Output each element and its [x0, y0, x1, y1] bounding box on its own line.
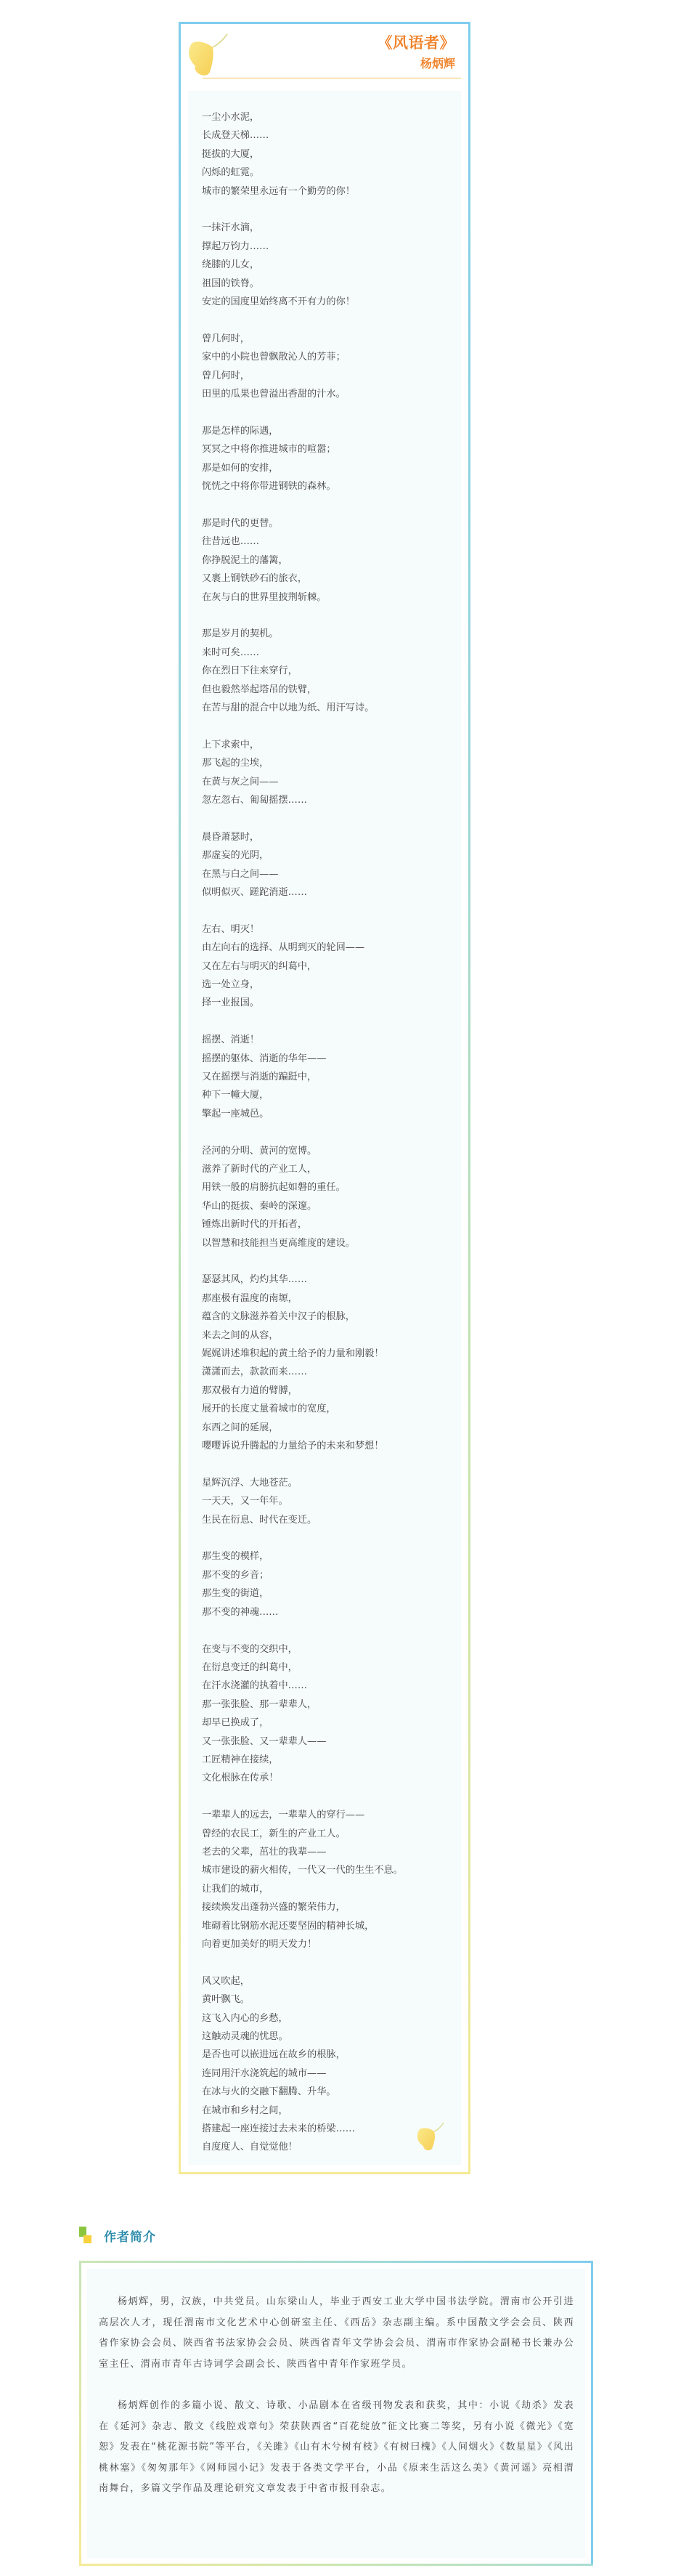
poem-line: 晨昏萧瑟时， — [202, 828, 448, 846]
poem-line: 星辉沉浮、大地苍茫。 — [202, 1474, 448, 1492]
poem-line: 左右、明灭！ — [202, 920, 448, 939]
poem-line: 恍恍之中将你带进钢铁的森林。 — [202, 477, 448, 495]
poem-line: 在黑与白之间—— — [202, 865, 448, 883]
poem-line: 在苦与甜的混合中以地为纸、用汗写诗。 — [202, 699, 448, 717]
poem-stanza: 上下求索中，那飞起的尘埃，在黄与灰之间——忽左忽右、匍匐摇摆…… — [202, 736, 448, 810]
poem-line: 来时可矣…… — [202, 644, 448, 662]
poem-line: 文化根脉在传承！ — [202, 1769, 448, 1787]
poem-line: 你挣脱泥土的藩篱， — [202, 551, 448, 570]
poem-line: 向着更加美好的明天发力！ — [202, 1935, 448, 1953]
poem-line: 你在烈日下往来穿行， — [202, 662, 448, 680]
poem-line: 忽左忽右、匍匐摇摆…… — [202, 791, 448, 809]
poem-line: 那生变的模样， — [202, 1547, 448, 1566]
poem-header: 《风语者》 杨炳辉 — [181, 24, 468, 91]
bio-body: 杨炳辉，男，汉族，中共党员。山东梁山人，毕业于西安工业大学中国书法学院。渭南市公… — [87, 2269, 585, 2558]
poem-line: 嘤嘤诉说升腾起的力量给予的未来和梦想！ — [202, 1437, 448, 1455]
poem-stanza: 风又吹起，黄叶飘飞。这飞入内心的乡愁，这触动灵魂的忧思。是否也可以嵌进远在故乡的… — [202, 1972, 448, 2157]
poem-line: 来去之间的从容， — [202, 1327, 448, 1345]
poem-line: 一抹汗水滴， — [202, 219, 448, 237]
poem-line: 却早已换成了， — [202, 1714, 448, 1732]
poem-line: 曾经的农民工，新生的产业工人。 — [202, 1825, 448, 1843]
poem-line: 滋养了新时代的产业工人， — [202, 1160, 448, 1178]
poem-line: 娓娓讲述堆积起的黄土给予的力量和刚毅！ — [202, 1345, 448, 1363]
poem-line: 由左向右的选择、从明到灭的轮回—— — [202, 939, 448, 957]
poem-stanza: 瑟瑟其风，灼灼其华……那座极有温度的南塬，蕴含的文脉滋养着关中汉子的根脉，来去之… — [202, 1271, 448, 1455]
poem-line: 又在左右与明灭的纠葛中， — [202, 957, 448, 976]
poem-line: 用铁一般的肩膀抗起如磐的重任。 — [202, 1178, 448, 1196]
poem-line: 东西之间的延展， — [202, 1419, 448, 1437]
poem-line: 一尘小水泥， — [202, 108, 448, 126]
poem-line: 家中的小院也曾飘散沁人的芳菲； — [202, 348, 448, 366]
poem-line: 擎起一座城邑。 — [202, 1105, 448, 1123]
poem-line: 在城市和乡村之间， — [202, 2102, 448, 2120]
header-divider — [203, 78, 461, 78]
poem-stanza: 星辉沉浮、大地苍茫。一天天，又一年年。生民在衍息、时代在变迁。 — [202, 1474, 448, 1529]
poem-line: 冥冥之中将你推进城市的喧嚣； — [202, 440, 448, 458]
ginkgo-leaf-icon — [187, 33, 230, 76]
poem-line: 一天天，又一年年。 — [202, 1492, 448, 1510]
poem-line: 这飞入内心的乡愁， — [202, 2009, 448, 2028]
poem-stanza: 摇摆、消逝！摇摆的躯体、消逝的华年——又在摇摆与消逝的蹁跹中，种下一幢大厦，擎起… — [202, 1031, 448, 1123]
poem-line: 城市的繁荣里永远有一个勤劳的你！ — [202, 182, 448, 201]
bio-paragraph: 杨炳辉创作的多篇小说、散文、诗歌、小品剧本在省级刊物发表和获奖，其中：小说《劫杀… — [99, 2396, 574, 2500]
poem-stanza: 那是岁月的契机。来时可矣……你在烈日下往来穿行，但也毅然举起塔吊的铁臂，在苦与甜… — [202, 625, 448, 717]
poem-stanza: 一辈辈人的远去，一辈辈人的穿行——曾经的农民工，新生的产业工人。老去的父辈，茁壮… — [202, 1806, 448, 1953]
poem-line: 又裹上钢铁砂石的旅衣， — [202, 570, 448, 588]
poem-line: 安定的国度里始终离不开有力的你！ — [202, 293, 448, 311]
poem-line: 那虚妄的光阴， — [202, 846, 448, 864]
poem-stanza: 那是怎样的际遇，冥冥之中将你推进城市的喧嚣；那是如何的安排，恍恍之中将你带进钢铁… — [202, 422, 448, 496]
poem-line: 摇摆、消逝！ — [202, 1031, 448, 1049]
bio-card-inner: 杨炳辉，男，汉族，中共党员。山东梁山人，毕业于西安工业大学中国书法学院。渭南市公… — [81, 2263, 591, 2564]
poem-stanzas: 一尘小水泥，长成登天梯……挺拔的大厦，闪烁的虹霓。城市的繁荣里永远有一个勤劳的你… — [202, 108, 448, 2157]
poem-title: 《风语者》 — [378, 31, 456, 53]
poem-line: 在黄与灰之间—— — [202, 773, 448, 791]
poem-line: 曾几何时， — [202, 367, 448, 385]
poem-line: 那座极有温度的南塬， — [202, 1289, 448, 1308]
poem-line: 生民在衍息、时代在变迁。 — [202, 1511, 448, 1529]
poem-line: 展开的长度丈量着城市的宽度， — [202, 1400, 448, 1418]
poem-line: 风又吹起， — [202, 1972, 448, 1990]
poem-line: 那飞起的尘埃， — [202, 754, 448, 772]
ginkgo-leaf-icon — [416, 2121, 445, 2150]
poem-line: 泾河的分明、黄河的宽博。 — [202, 1142, 448, 1160]
poem-line: 曾几何时， — [202, 330, 448, 348]
poem-line: 在灰与白的世界里披荆斩棘。 — [202, 588, 448, 607]
poem-line: 让我们的城市， — [202, 1880, 448, 1898]
poem-line: 种下一幢大厦， — [202, 1086, 448, 1104]
author-bio-card: 杨炳辉，男，汉族，中共党员。山东梁山人，毕业于西安工业大学中国书法学院。渭南市公… — [79, 2261, 593, 2566]
poem-line: 城市建设的薪火相传，一代又一代的生生不息。 — [202, 1861, 448, 1879]
poem-line: 上下求索中， — [202, 736, 448, 754]
poem-line: 田里的瓜果也曾溢出香甜的汁水。 — [202, 385, 448, 403]
poem-card-inner: 《风语者》 杨炳辉 一尘小水泥，长成登天梯……挺拔的大厦，闪烁的虹霓。城市的繁荣… — [181, 24, 468, 2172]
poem-stanza: 左右、明灭！由左向右的选择、从明到灭的轮回——又在左右与明灭的纠葛中，选一处立身… — [202, 920, 448, 1013]
poem-stanza: 泾河的分明、黄河的宽博。滋养了新时代的产业工人，用铁一般的肩膀抗起如磐的重任。华… — [202, 1142, 448, 1252]
poem-line: 那一张张脸、那一辈辈人， — [202, 1696, 448, 1714]
bio-paragraph: 杨炳辉，男，汉族，中共党员。山东梁山人，毕业于西安工业大学中国书法学院。渭南市公… — [99, 2292, 574, 2375]
poem-line: 那是怎样的际遇， — [202, 422, 448, 440]
poem-line: 那生变的街道， — [202, 1584, 448, 1603]
poem-line: 以智慧和技能担当更高维度的建设。 — [202, 1234, 448, 1252]
poem-line: 但也毅然举起塔吊的铁臂， — [202, 681, 448, 699]
poem-line: 锤炼出新时代的开拓者， — [202, 1215, 448, 1234]
poem-line: 摇摆的躯体、消逝的华年—— — [202, 1050, 448, 1068]
section-title: 作者简介 — [104, 2227, 156, 2245]
poem-stanza: 在变与不变的交织中，在衍息变迁的纠葛中，在汗水浇灌的执着中……那一张张脸、那一辈… — [202, 1640, 448, 1788]
poem-line: 这触动灵魂的忧思。 — [202, 2028, 448, 2046]
poem-stanza: 晨昏萧瑟时，那虚妄的光阴，在黑与白之间——似明似灭、蹉跎消逝…… — [202, 828, 448, 902]
poem-line: 潇潇而去，款款而来…… — [202, 1363, 448, 1381]
poem-line: 在变与不变的交织中， — [202, 1640, 448, 1658]
poem-line: 那双极有力道的臂膊， — [202, 1382, 448, 1400]
poem-line: 在冰与火的交融下翻腾、升华。 — [202, 2083, 448, 2101]
poem-line: 又在摇摆与消逝的蹁跹中， — [202, 1068, 448, 1086]
poem-line: 那是岁月的契机。 — [202, 625, 448, 643]
poem-line: 那不变的神魂…… — [202, 1603, 448, 1621]
poem-author: 杨炳辉 — [420, 54, 455, 71]
poem-line: 连同用汗水浇筑起的城市—— — [202, 2065, 448, 2083]
author-intro-heading: 作者简介 — [79, 2224, 156, 2246]
poem-line: 在衍息变迁的纠葛中， — [202, 1658, 448, 1677]
poem-line: 老去的父辈，茁壮的我辈—— — [202, 1843, 448, 1861]
square-badge-icon — [79, 2227, 94, 2244]
poem-line: 撑起万钧力…… — [202, 238, 448, 256]
badge-yellow-square — [83, 2235, 91, 2243]
poem-line: 在汗水浇灌的执着中…… — [202, 1677, 448, 1695]
poem-line: 是否也可以嵌进远在故乡的根脉， — [202, 2046, 448, 2064]
poem-stanza: 那生变的模样，那不变的乡音；那生变的街道，那不变的神魂…… — [202, 1547, 448, 1621]
poem-line: 择一业报国。 — [202, 994, 448, 1012]
poem-stanza: 一尘小水泥，长成登天梯……挺拔的大厦，闪烁的虹霓。城市的繁荣里永远有一个勤劳的你… — [202, 108, 448, 201]
poem-line: 绕膝的儿女， — [202, 256, 448, 274]
poem-line: 那是时代的更替。 — [202, 514, 448, 532]
poem-line: 长成登天梯…… — [202, 126, 448, 145]
poem-line: 闪烁的虹霓。 — [202, 163, 448, 182]
poem-line: 搭建起一座连接过去未来的桥梁…… — [202, 2120, 448, 2138]
poem-line: 那是如何的安排， — [202, 459, 448, 477]
poem-line: 挺拔的大厦， — [202, 145, 448, 163]
poem-line: 堆砌着比钢筋水泥还要坚固的精神长城， — [202, 1917, 448, 1935]
poem-line: 又一张张脸、又一辈辈人—— — [202, 1733, 448, 1751]
poem-line: 一辈辈人的远去，一辈辈人的穿行—— — [202, 1806, 448, 1824]
poem-line: 接续焕发出蓬勃兴盛的繁荣伟力， — [202, 1898, 448, 1916]
poem-line: 华山的挺拔、秦岭的深邃。 — [202, 1197, 448, 1215]
poem-stanza: 一抹汗水滴，撑起万钧力……绕膝的儿女，祖国的铁脊。安定的国度里始终离不开有力的你… — [202, 219, 448, 311]
poem-line: 工匠精神在接续， — [202, 1751, 448, 1769]
poem-stanza: 那是时代的更替。往昔远也……你挣脱泥土的藩篱，又裹上钢铁砂石的旅衣，在灰与白的世… — [202, 514, 448, 607]
poem-line: 祖国的铁脊。 — [202, 275, 448, 293]
poem-line: 选一处立身， — [202, 976, 448, 994]
poem-line: 往昔远也…… — [202, 532, 448, 551]
poem-line: 似明似灭、蹉跎消逝…… — [202, 883, 448, 902]
poem-line: 黄叶飘飞。 — [202, 1990, 448, 2009]
poem-body: 一尘小水泥，长成登天梯……挺拔的大厦，闪烁的虹霓。城市的繁荣里永远有一个勤劳的你… — [188, 91, 461, 2165]
poem-card: 《风语者》 杨炳辉 一尘小水泥，长成登天梯……挺拔的大厦，闪烁的虹霓。城市的繁荣… — [179, 22, 470, 2174]
poem-line: 那不变的乡音； — [202, 1566, 448, 1584]
poem-line: 自度度人、自觉觉他！ — [202, 2138, 448, 2156]
poem-stanza: 曾几何时，家中的小院也曾飘散沁人的芳菲；曾几何时，田里的瓜果也曾溢出香甜的汁水。 — [202, 330, 448, 404]
poem-line: 瑟瑟其风，灼灼其华…… — [202, 1271, 448, 1289]
poem-line: 蕴含的文脉滋养着关中汉子的根脉， — [202, 1308, 448, 1326]
